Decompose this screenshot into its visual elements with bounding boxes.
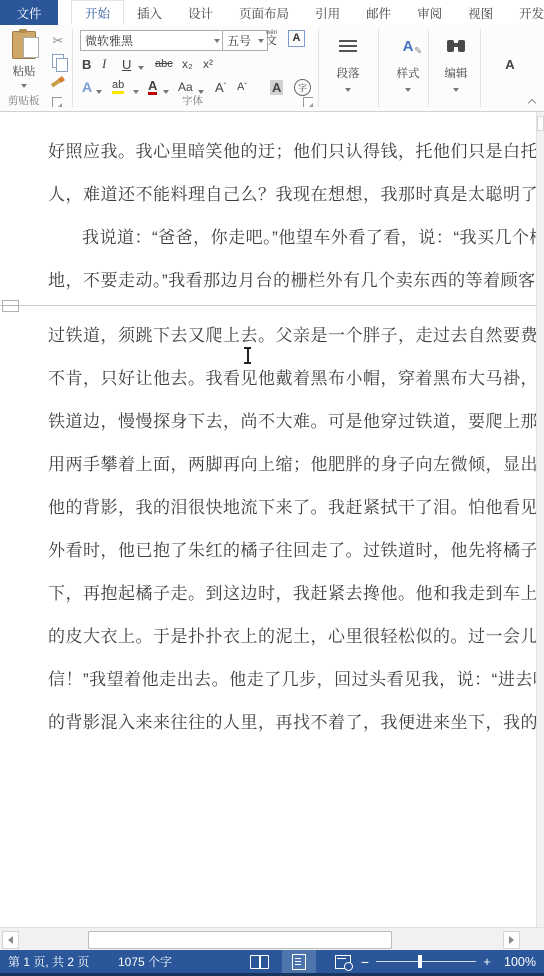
cut-button[interactable]: ✂	[46, 31, 70, 51]
scroll-left-button[interactable]	[2, 931, 19, 949]
highlight-dropdown[interactable]	[133, 82, 139, 102]
vertical-scrollbar[interactable]	[536, 112, 544, 927]
tab-home[interactable]: 开始	[71, 0, 124, 25]
tab-review[interactable]: 审阅	[404, 0, 455, 25]
font-name-combo[interactable]: 微软雅黑	[80, 30, 224, 51]
highlight-icon: ab	[112, 80, 124, 94]
phonetic-guide-button[interactable]: wén 文	[266, 28, 277, 48]
tab-page-layout[interactable]: 页面布局	[226, 0, 302, 25]
word-count-status[interactable]: 1075 个字	[118, 950, 172, 973]
styles-label: 样式	[382, 65, 434, 81]
tab-view[interactable]: 视图	[455, 0, 506, 25]
document-line: 铁道边，慢慢探身下去，尚不大难。可是他穿过铁道，要爬上那边月台，就不容易了	[0, 398, 537, 441]
document-line: 人，难道还不能料理自己么？我现在想想，我那时真是太聪明了。	[0, 171, 537, 214]
cut-icon: ✂	[53, 33, 64, 49]
strikethrough-button[interactable]: abc	[155, 54, 173, 74]
web-layout-icon	[335, 955, 351, 969]
text-cursor-ibeam-icon	[243, 347, 252, 365]
font-size-combo[interactable]: 五号	[222, 30, 268, 51]
paragraph-group-button[interactable]: 段落	[322, 29, 374, 107]
text-effects-dropdown[interactable]	[96, 82, 102, 102]
read-mode-icon	[250, 955, 269, 969]
paragraph-dropdown-icon[interactable]	[345, 88, 351, 92]
underline-dropdown[interactable]	[138, 58, 144, 78]
paragraph-label: 段落	[322, 65, 374, 81]
editing-group-button[interactable]: 编辑	[430, 29, 482, 107]
shrink-font-button[interactable]: Aˇ	[237, 77, 247, 97]
font-size-dropdown-icon[interactable]	[258, 39, 264, 43]
tab-mailings[interactable]: 邮件	[353, 0, 404, 25]
scroll-up-button[interactable]	[537, 116, 544, 131]
document-line: 外看时，他已抱了朱红的橘子往回走了。过铁道时，他先将橘子散放在地上，自己慢	[0, 527, 537, 570]
horizontal-scrollbar[interactable]	[0, 927, 544, 951]
font-size-value: 五号	[227, 32, 251, 49]
character-border-button[interactable]: A	[288, 28, 305, 48]
paste-dropdown-arrow-icon[interactable]	[21, 84, 27, 88]
document-line: 我说道：“爸爸，你走吧。”他望车外看了看，说：“我买几个橘子去。你就在	[0, 214, 537, 257]
styles-icon: A	[403, 38, 414, 55]
read-mode-button[interactable]	[242, 950, 276, 973]
zoom-slider-track[interactable]	[376, 961, 476, 962]
superscript-button[interactable]: x²	[203, 54, 213, 74]
enclose-characters-icon: 字	[294, 79, 311, 96]
ribbon: 粘贴 ✂ 剪贴板 微软雅黑 五号 wén 文 A B	[0, 25, 544, 112]
paste-label: 粘贴	[6, 63, 42, 79]
zoom-in-button[interactable]: +	[480, 950, 494, 973]
document-line: 下，再抱起橘子走。到这边时，我赶紧去搀他。他和我走到车上，将橘子一股脑儿放	[0, 570, 537, 613]
zoom-level[interactable]: 100%	[504, 950, 536, 973]
zoom-out-button[interactable]: −	[358, 950, 372, 973]
document-line: 他的背影，我的泪很快地流下来了。我赶紧拭干了泪。怕他看见，也怕别人看见。我	[0, 484, 537, 527]
document-line: 好照应我。我心里暗笑他的迂；他们只认得钱，托他们只是白托！而且我这样大年纪	[0, 128, 537, 171]
font-name-value: 微软雅黑	[85, 32, 133, 49]
phonetic-guide-icon: wén 文	[266, 30, 277, 47]
styles-dropdown-icon[interactable]	[405, 88, 411, 92]
paste-clipboard-icon	[12, 31, 36, 59]
font-name-dropdown-icon[interactable]	[214, 39, 220, 43]
document-area[interactable]: 好照应我。我心里暗笑他的迂；他们只认得钱，托他们只是白托！而且我这样大年纪 人，…	[0, 112, 537, 927]
character-shading-icon: A	[270, 80, 283, 95]
collapse-ribbon-icon[interactable]	[528, 98, 536, 106]
document-line: 过铁道，须跳下去又爬上去。父亲是一个胖子，走过去自然要费事些。我本来要去的	[0, 312, 537, 355]
tab-design[interactable]: 设计	[175, 0, 226, 25]
copy-icon	[52, 54, 64, 68]
page-number-status[interactable]: 第 1 页, 共 2 页	[8, 950, 89, 973]
page-break-marker-icon	[2, 300, 19, 312]
editing-dropdown-icon[interactable]	[453, 88, 459, 92]
document-line: 信！”我望着他走出去。他走了几步，回过头看见我，说：“进去吧，里边没人。”	[0, 656, 537, 699]
grow-font-button[interactable]: Aˆ	[215, 77, 226, 97]
highlight-button[interactable]: ab	[112, 77, 124, 97]
character-shading-button[interactable]: A	[270, 77, 283, 97]
document-line: 地，不要走动。”我看那边月台的栅栏外有几个卖东西的等着顾客。走到那边月台，	[0, 257, 537, 300]
enclose-characters-button[interactable]: 字	[294, 77, 311, 97]
font-dialog-launcher[interactable]	[303, 97, 313, 107]
ribbon-tab-bar: 文件 开始 插入 设计 页面布局 引用 邮件 审阅 视图 开发工具	[0, 0, 544, 26]
clipboard-group-label: 剪贴板	[8, 93, 40, 108]
tab-references[interactable]: 引用	[302, 0, 353, 25]
scroll-left-icon	[8, 936, 13, 944]
format-painter-button[interactable]	[46, 71, 70, 91]
web-layout-button[interactable]	[326, 950, 360, 973]
character-border-icon: A	[288, 30, 305, 47]
word-window: 文件 开始 插入 设计 页面布局 引用 邮件 审阅 视图 开发工具 粘贴 ✂ 剪…	[0, 0, 544, 976]
document-line: 的皮大衣上。于是扑扑衣上的泥土，心里很轻松似的。过一会儿说：“我走了，到那	[0, 613, 537, 656]
scroll-right-button[interactable]	[503, 931, 520, 949]
status-bar: 第 1 页, 共 2 页 1075 个字 − + 100%	[0, 950, 544, 973]
font-color-dropdown[interactable]	[163, 82, 169, 102]
tab-file[interactable]: 文件	[0, 0, 58, 25]
styles-group-button[interactable]: A 样式	[382, 29, 434, 107]
font-color-button[interactable]: A	[148, 77, 157, 97]
subscript-button[interactable]: x₂	[182, 54, 193, 74]
clipboard-dialog-launcher[interactable]	[52, 97, 62, 107]
document-line: 的背影混入来来往往的人里，再找不着了，我便进来坐下，我的眼泪又来了。	[0, 699, 537, 742]
editing-label: 编辑	[430, 65, 482, 81]
copy-button[interactable]	[46, 51, 70, 71]
format-painter-icon	[51, 75, 65, 87]
zoom-slider-thumb[interactable]	[418, 955, 422, 968]
print-layout-button[interactable]	[282, 950, 316, 973]
print-layout-icon	[292, 954, 306, 970]
font-group-label: 字体	[182, 93, 203, 108]
clipboard-small-buttons: ✂	[46, 31, 70, 91]
tab-developer[interactable]: 开发工具	[506, 0, 544, 25]
underline-button[interactable]: U	[122, 54, 131, 74]
italic-button[interactable]: I	[102, 54, 106, 74]
editing-binoculars-icon	[447, 40, 465, 52]
bold-button[interactable]: B	[82, 54, 91, 74]
page-break-divider	[0, 300, 537, 312]
document-line: 不肯，只好让他去。我看见他戴着黑布小帽，穿着黑布大马褂，深青布棉袍，蹒跚地	[0, 355, 537, 398]
text-effects-button[interactable]: A	[82, 77, 92, 97]
font-color-icon: A	[148, 79, 157, 95]
scroll-right-icon	[509, 936, 514, 944]
document-line: 用两手攀着上面，两脚再向上缩；他肥胖的身子向左微倾，显出努力的样子。这时我	[0, 441, 537, 484]
horizontal-scrollbar-thumb[interactable]	[88, 931, 392, 949]
tab-insert[interactable]: 插入	[124, 0, 175, 25]
paragraph-icon	[339, 40, 357, 52]
